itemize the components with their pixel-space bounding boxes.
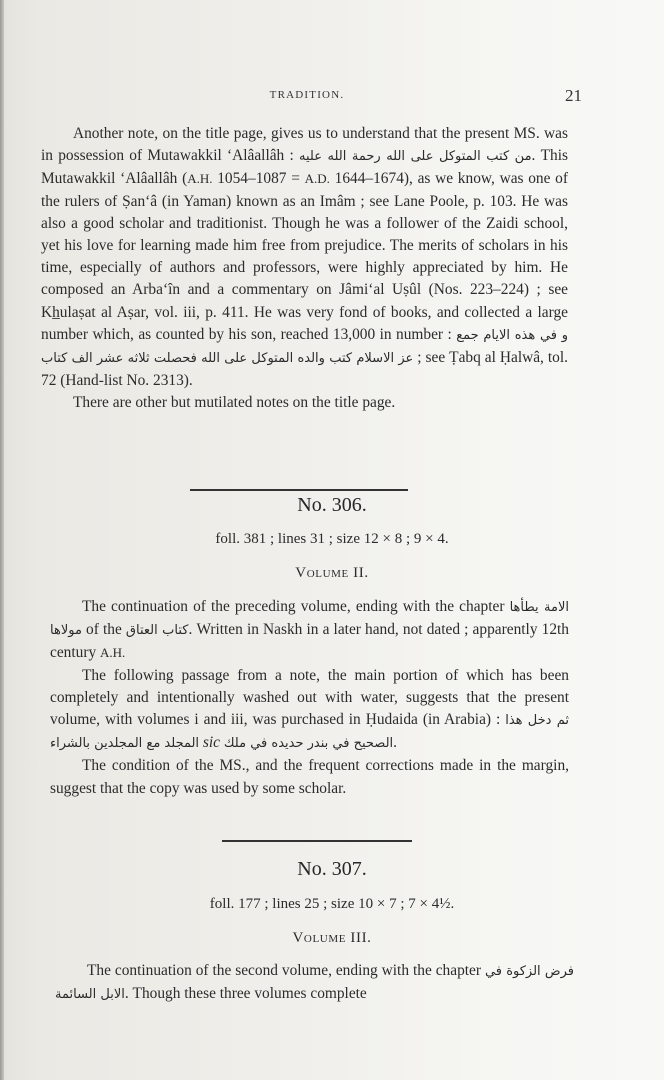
entry-306-paragraph-3: The condition of the MS., and the freque… [50, 755, 569, 799]
section-divider [222, 840, 412, 842]
entry-body-306: The continuation of the preceding volume… [50, 596, 569, 800]
entry-meta-307: foll. 177 ; lines 25 ; size 10 × 7 ; 7 ×… [0, 896, 664, 913]
entry-body-307: The continuation of the second volume, e… [55, 960, 574, 1006]
arabic-note-cont: الصحيح في بندر حديده في ملك [224, 736, 393, 751]
arabic-book: كتاب العتاق [126, 623, 189, 638]
page-number: 21 [565, 86, 582, 106]
volume-heading-306: Volume II. [0, 565, 664, 582]
scanned-book-page: TRADITION. 21 Another note, on the title… [0, 0, 664, 1080]
entry-meta-306: foll. 381 ; lines 31 ; size 12 × 8 ; 9 ×… [0, 531, 664, 548]
intro-paragraph-1: Another note, on the title page, gives u… [41, 123, 568, 392]
arabic-phrase: من كتب المتوكل على الله رحمة الله عليه [299, 149, 532, 164]
entry-number-307: No. 307. [0, 858, 664, 881]
entry-306-paragraph-2: The following passage from a note, the m… [50, 665, 569, 756]
entry-307-paragraph-1: The continuation of the second volume, e… [55, 960, 574, 1006]
volume-heading-307: Volume III. [0, 930, 664, 947]
running-title: TRADITION. [42, 89, 572, 101]
section-divider [190, 489, 408, 491]
entry-306-paragraph-1: The continuation of the preceding volume… [50, 596, 569, 665]
intro-section: Another note, on the title page, gives u… [41, 123, 568, 415]
intro-paragraph-2: There are other but mutilated notes on t… [41, 392, 568, 414]
entry-number-306: No. 306. [0, 494, 664, 517]
running-header: TRADITION. 21 [42, 86, 572, 106]
